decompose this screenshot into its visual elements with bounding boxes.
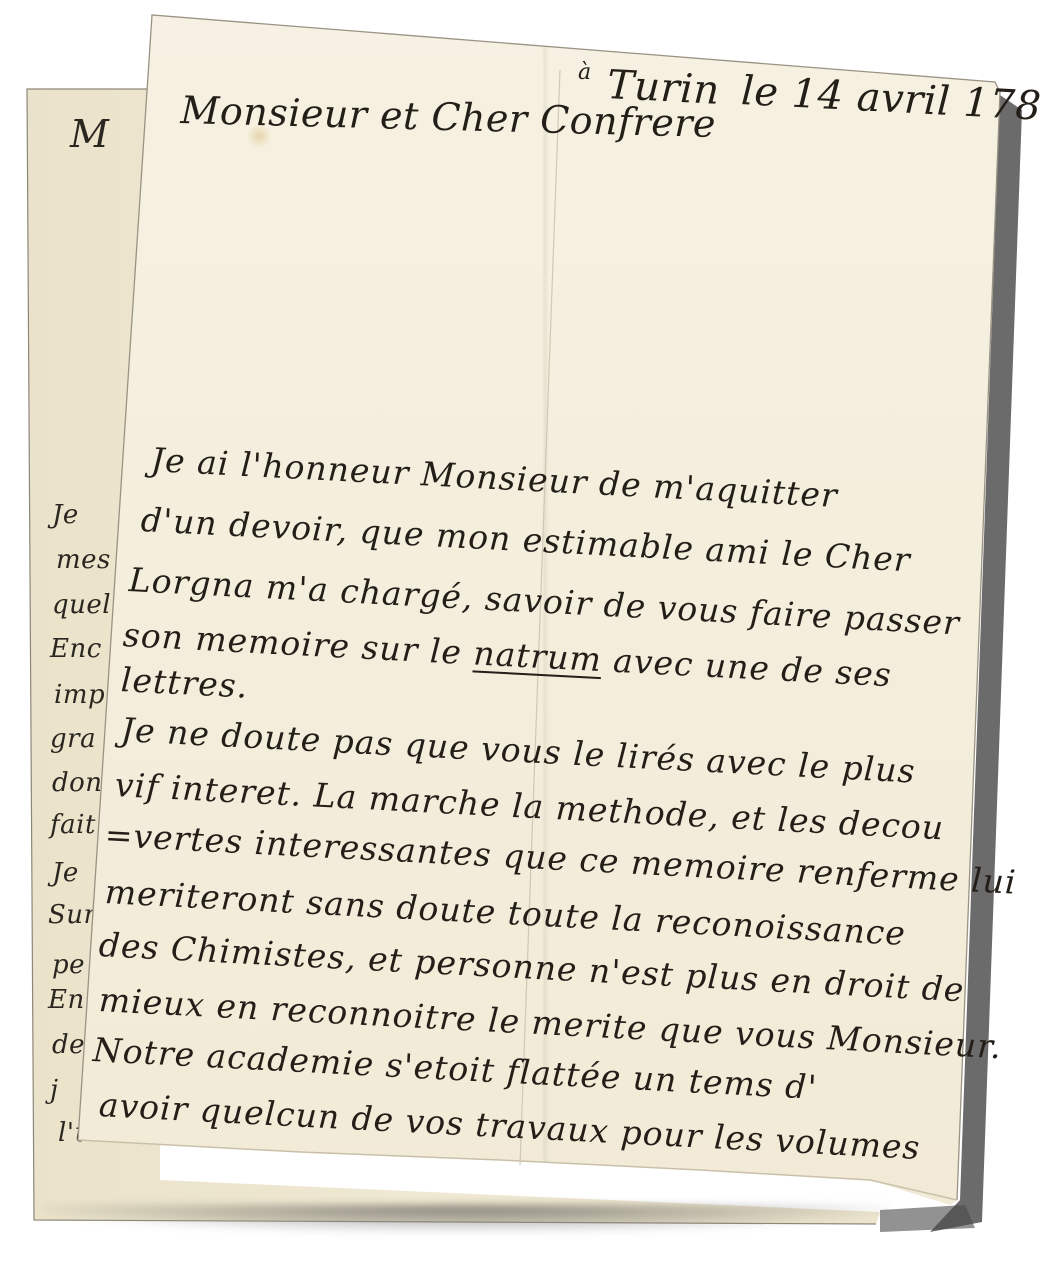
back-margin-fragment: gra — [50, 724, 96, 754]
letter-photograph: M Je mes quel Enc imp gra don fait Je Su… — [0, 0, 1042, 1280]
letter-line: lettres. — [120, 660, 249, 706]
back-margin-fragment: Je — [52, 500, 79, 530]
back-margin-fragment: Sur — [48, 900, 97, 930]
back-margin-fragment: En — [48, 985, 85, 1015]
back-sheet-shadow — [40, 1205, 890, 1233]
back-margin-fragment: Je — [52, 858, 79, 888]
back-heading-fragment: M — [70, 112, 109, 156]
back-margin-fragment: pe — [52, 950, 85, 980]
back-margin-fragment: Enc — [50, 634, 102, 664]
back-margin-fragment: de — [52, 1030, 85, 1060]
back-margin-fragment: imp — [54, 680, 105, 710]
back-margin-fragment: don — [52, 768, 103, 798]
underlined-word: natrum — [472, 633, 602, 679]
back-margin-fragment: quel — [52, 590, 111, 620]
back-margin-fragment: mes — [56, 545, 111, 575]
back-margin-fragment: fait — [50, 810, 96, 840]
dateline-place-prefix: à — [578, 60, 591, 85]
back-margin-fragment: j — [50, 1075, 59, 1105]
